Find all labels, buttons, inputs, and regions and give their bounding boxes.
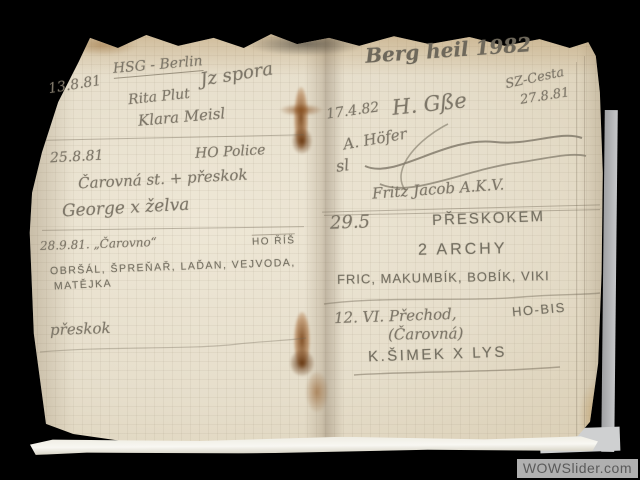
wowslider-watermark-link[interactable]: WOWSlider.com [517, 459, 638, 478]
entry-date: 29.5 [330, 213, 371, 232]
underline-stroke [352, 365, 562, 379]
signature: sl [335, 157, 350, 175]
page-fold-line [584, 56, 585, 446]
rust-stain-top-blob [292, 128, 312, 154]
wavy-divider [38, 336, 308, 356]
backdrop-right-strip [601, 110, 618, 452]
club-location: HO Police [195, 143, 266, 161]
club-location: HO ŘÍŠ [252, 233, 296, 248]
route-word: 2 ARCHY [418, 241, 508, 259]
entry-date: 25.8.81 [50, 149, 104, 166]
photo-of-notebook: 13.8.81 HSG - Berlin Jz spora Rita Plut … [0, 0, 640, 480]
top-left-tear-stain [68, 34, 138, 56]
entry-line: 12. VI. Přechod, [334, 307, 457, 326]
route-word: PŘESKOKEM [432, 209, 545, 228]
top-torn-patch [246, 32, 366, 56]
signature-flourish [350, 118, 590, 198]
rust-stain-crease-lower [306, 372, 328, 412]
entry-line: (Čarovná) [388, 326, 464, 342]
rust-stain-top-cross [280, 104, 322, 116]
participant-names: FRIC, MAKUMBÍK, BOBÍK, VIKI [337, 269, 550, 286]
